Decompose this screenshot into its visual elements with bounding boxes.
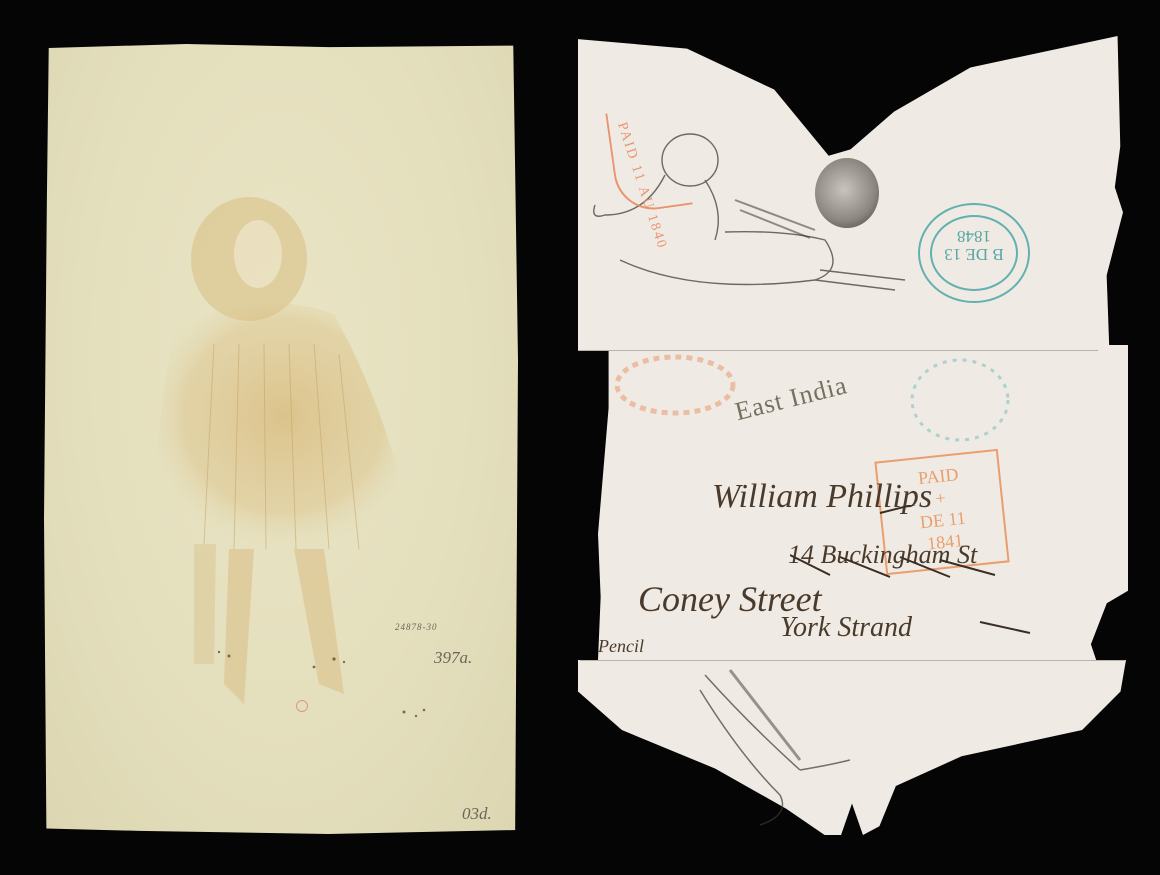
- inventory-number: 24878-30: [395, 622, 438, 632]
- postmark-blue-circle: B DE 13 1848: [918, 203, 1030, 303]
- catalogue-number: 397a.: [434, 648, 472, 668]
- strike-through-marks: [790, 505, 1050, 645]
- faded-orange-postmark: [610, 350, 740, 420]
- fold-line: [580, 660, 1125, 661]
- leg-sketch: [690, 665, 850, 835]
- pencil-note: Pencil: [598, 636, 644, 657]
- drawing-sheet: 24878-30 397a. 03d.: [44, 44, 518, 834]
- figure-drawing: [44, 44, 518, 834]
- wax-seal: [815, 158, 879, 228]
- corner-mark: 03d.: [462, 804, 492, 824]
- collection-stamp-icon: [296, 700, 308, 712]
- envelope-bottom-flap: [578, 660, 1126, 835]
- faded-blue-postmark: [905, 355, 1015, 445]
